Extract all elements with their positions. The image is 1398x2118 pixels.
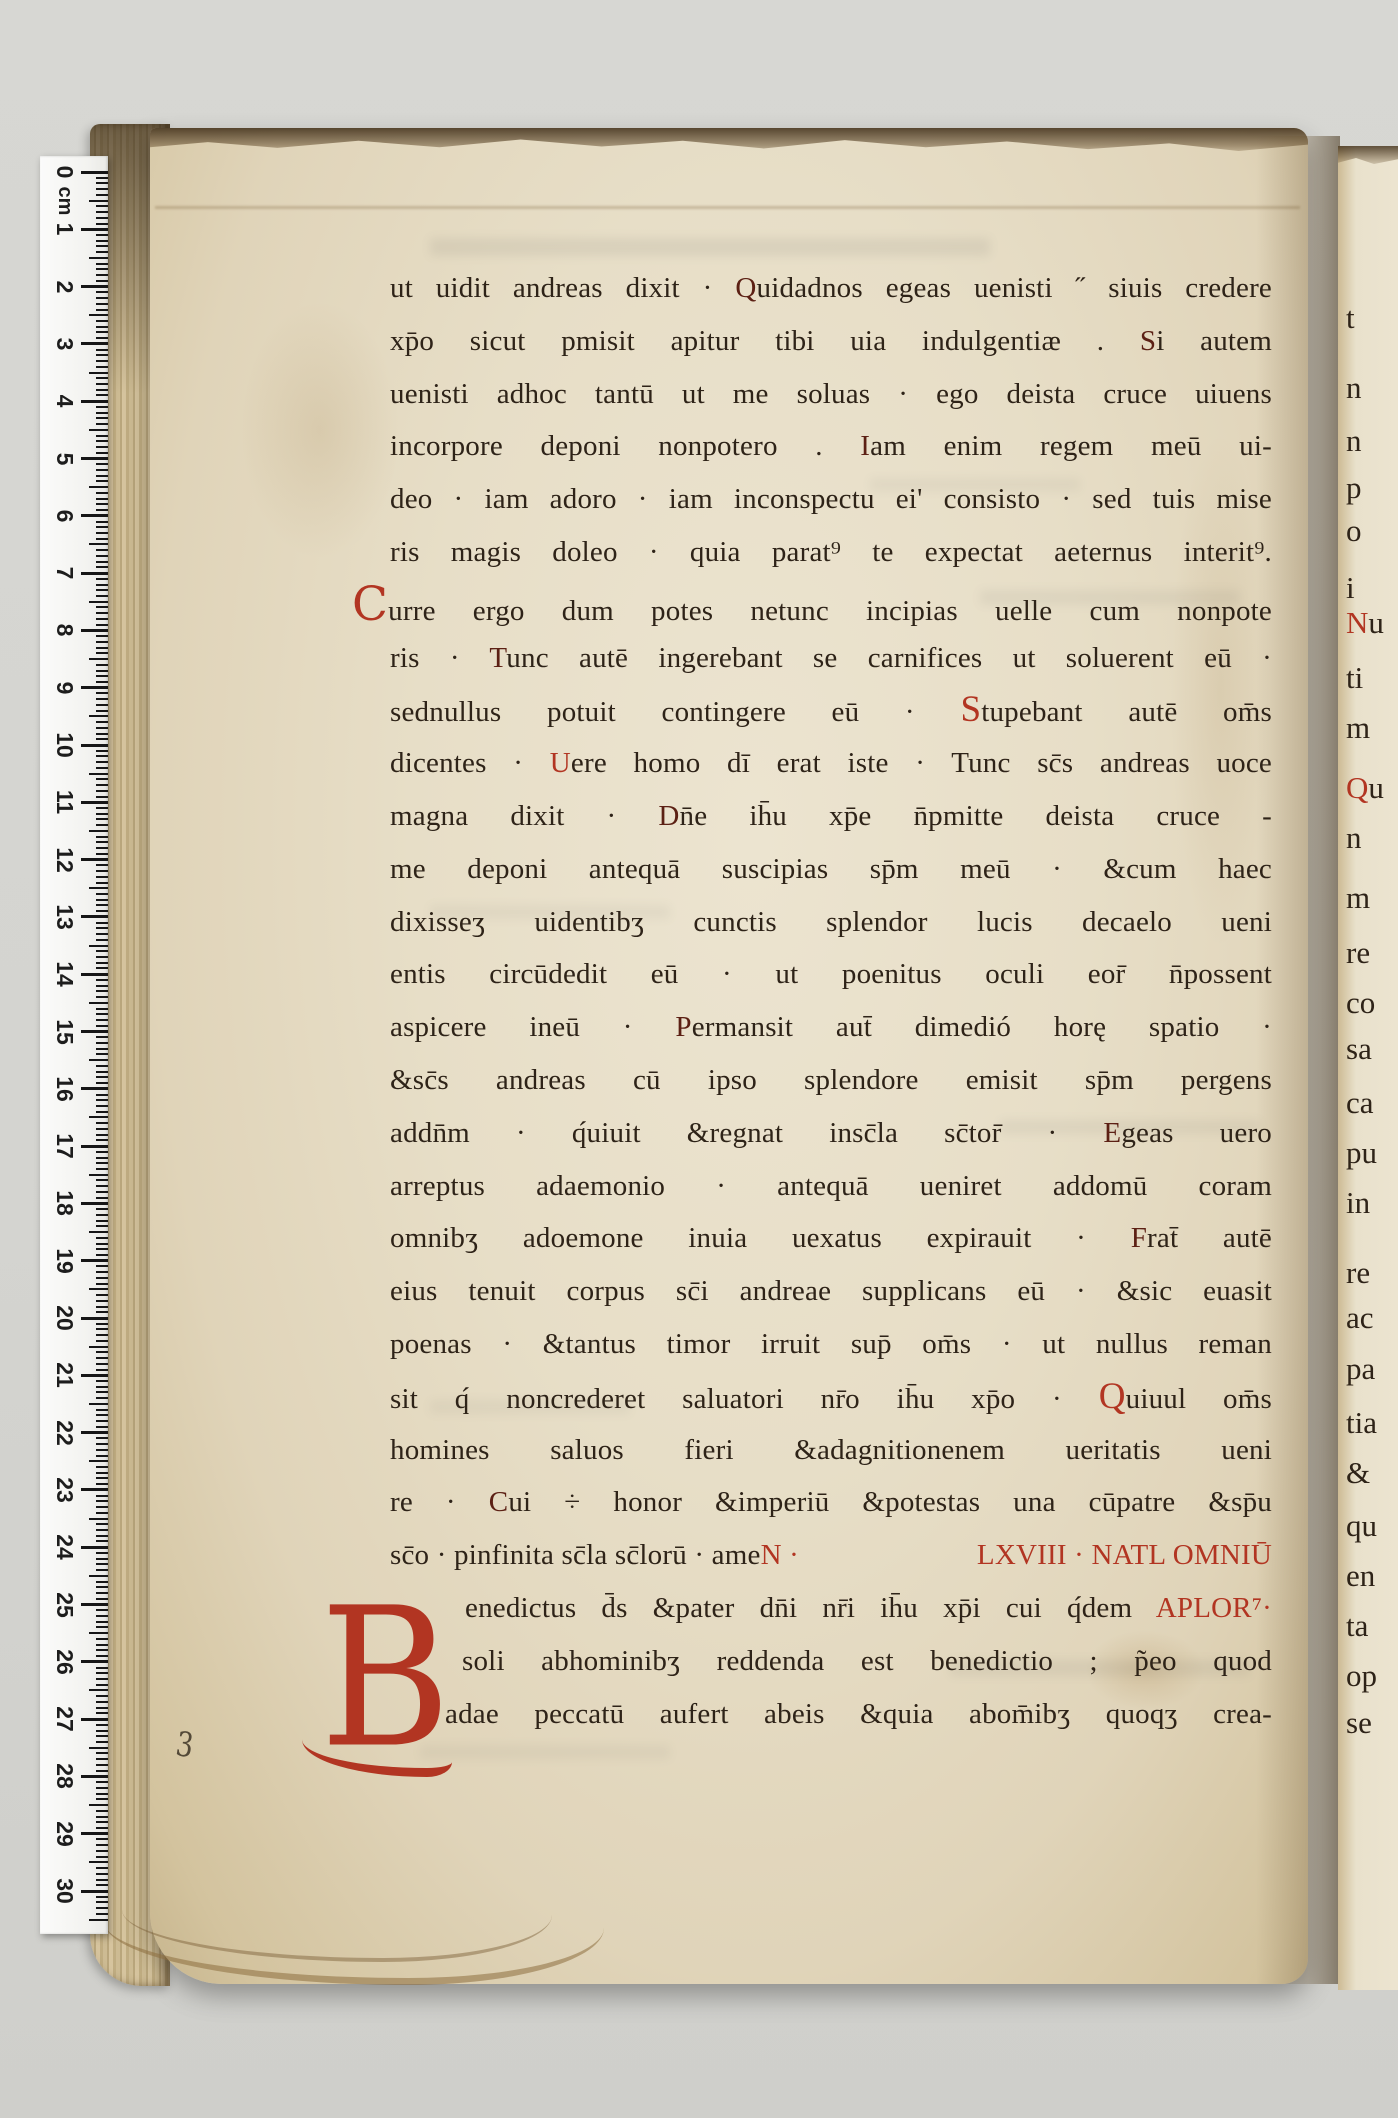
ruler-tick-mm [96, 956, 108, 958]
recto-line-fragment: ta [1346, 1603, 1368, 1649]
ruler-tick-mm [96, 509, 108, 511]
ruler-tick-mm [96, 761, 108, 763]
ruler-tick-mm [96, 1254, 108, 1256]
recto-line-fragment: re [1346, 930, 1370, 976]
body-text: I [860, 430, 870, 462]
ruler-tick-mm [96, 1191, 108, 1193]
ruler-tick-cm [81, 744, 108, 747]
ruler-tick-mm [89, 1288, 108, 1290]
ruler-tick-mm [96, 1798, 108, 1800]
ruler-tick-mm [96, 796, 108, 798]
ruler-tick-mm [96, 188, 108, 190]
body-text: homines saluos fieri &adagnitionenem uer… [390, 1434, 1272, 1466]
recto-line-fragment: re [1346, 1250, 1370, 1296]
recto-line-fragment: Nu [1346, 600, 1384, 646]
recto-line-fragment: pu [1346, 1130, 1377, 1176]
ruler-tick-mm [96, 1741, 108, 1743]
photo-of-manuscript-opening: { "colors":{ "background":"#d4d4d0", "pa… [0, 0, 1398, 2118]
ruler-tick-mm [96, 383, 108, 385]
ruler-tick-mm [89, 200, 108, 202]
ruler-tick-mm [96, 1907, 108, 1909]
ruler-tick-mm [96, 1265, 108, 1267]
ruler-tick-mm [96, 927, 108, 929]
ruler-tick-mm [89, 945, 108, 947]
ruler-tick-mm [96, 1414, 108, 1416]
body-text: C [352, 577, 388, 632]
ruler-tick-mm [96, 589, 108, 591]
body-text: D [658, 800, 679, 832]
body-text: F [1131, 1222, 1147, 1254]
ruler-tick-mm [96, 864, 108, 866]
ruler: 0123456789101112131415161718192021222324… [40, 156, 108, 1934]
ruler-tick-mm [89, 773, 108, 775]
ruler-tick-mm [96, 635, 108, 637]
ruler-tick-mm [96, 1649, 108, 1651]
ruler-tick-mm [96, 234, 108, 236]
ruler-tick-mm [96, 950, 108, 952]
text-line: ris · Tunc autē ingerebant se carnifices… [390, 632, 1272, 685]
ruler-tick-mm [96, 624, 108, 626]
ruler-tick-mm [96, 1781, 108, 1783]
ruler-tick-mm [96, 1357, 108, 1359]
ruler-tick-mm [96, 1598, 108, 1600]
text-line: me deponi antequā suscipias sp̄m meū · &… [390, 843, 1272, 896]
ruler-tick-mm [96, 1237, 108, 1239]
rubric-text: U [550, 747, 571, 779]
body-text: addn̄m · q́uiuit &regnat insc̄la sc̄tor̄… [390, 1117, 1103, 1149]
ruler-tick-cm [81, 342, 108, 345]
ruler-tick-cm [81, 1546, 108, 1549]
body-text: incorpore deponi nonpotero . [390, 430, 860, 462]
ruler-tick-mm [96, 1913, 108, 1915]
body-text: arreptus adaemonio · antequā ueniret add… [390, 1170, 1272, 1202]
ruler-tick-mm [96, 767, 108, 769]
ruler-tick-cm [81, 400, 108, 403]
recto-line-fragment: m [1346, 875, 1370, 921]
body-text: poenas · &tantus timor irruit sup̄ om̄s … [390, 1328, 1272, 1360]
ruler-tick-mm [96, 1867, 108, 1869]
body-text: ut uidit andreas dixit · [390, 272, 735, 304]
ruler-tick-mm [96, 492, 108, 494]
ruler-tick-mm [96, 922, 108, 924]
body-text: sit q́ noncrederet saluatori nr̄o ih̄u x… [390, 1383, 1099, 1415]
ruler-tick-mm [89, 314, 108, 316]
ruler-tick-mm [89, 543, 108, 545]
ruler-tick-mm [96, 1162, 108, 1164]
ruler-tick-mm [96, 704, 108, 706]
ruler-number: 10 [51, 730, 79, 760]
ruler-tick-mm [96, 1477, 108, 1479]
ruler-tick-mm [96, 1844, 108, 1846]
ruler-number: 2 [51, 272, 79, 302]
text-line: sc̄o · pinfinita sc̄la sc̄lorū · ameN ·L… [390, 1529, 1272, 1582]
ruler-tick-mm [96, 681, 108, 683]
ruler-tick-mm [96, 566, 108, 568]
ruler-tick-mm [89, 1346, 108, 1348]
ruler-tick-mm [96, 1523, 108, 1525]
body-text: E [1103, 1117, 1121, 1149]
ruler-tick-mm [96, 1334, 108, 1336]
ruler-number: 17 [51, 1131, 79, 1161]
ruler-tick-mm [96, 1873, 108, 1875]
ruler-tick-mm [96, 475, 108, 477]
ruler-tick-mm [96, 211, 108, 213]
ruler-tick-mm [96, 205, 108, 207]
ruler-tick-mm [96, 303, 108, 305]
rubric-text: LXVIII · NATL OMNIŪ [977, 1529, 1272, 1582]
text-line: enedictus d̄s &pater dn̄i nr̄i ih̄u xp̄i… [465, 1582, 1272, 1635]
ruler-tick-mm [96, 664, 108, 666]
text-line: entis circūdedit eū · ut poenitus oculi … [390, 948, 1272, 1001]
ruler-tick-cm [81, 514, 108, 517]
body-text: adae peccatū aufert abeis &quia abom̄ibʒ… [445, 1698, 1272, 1730]
ruler-tick-mm [96, 217, 108, 219]
ruler-tick-cm [81, 457, 108, 460]
body-text: re · [390, 1486, 489, 1518]
ruler-tick-mm [96, 1076, 108, 1078]
ruler-tick-cm [81, 1202, 108, 1205]
ruler-tick-mm [96, 463, 108, 465]
ruler-tick-mm [96, 606, 108, 608]
text-line: deo · iam adoro · iam inconspectu ei' co… [390, 473, 1272, 526]
ruler-number: 21 [51, 1360, 79, 1390]
ruler-tick-mm [89, 1059, 108, 1061]
ruler-tick-mm [96, 1770, 108, 1772]
ruler-number: 13 [51, 902, 79, 932]
ruler-tick-mm [96, 1082, 108, 1084]
ruler-tick-mm [96, 1340, 108, 1342]
ruler-tick-mm [96, 807, 108, 809]
ruler-tick-mm [96, 452, 108, 454]
body-text: Q [735, 272, 756, 304]
ruler-tick-mm [96, 652, 108, 654]
ruler-tick-mm [96, 240, 108, 242]
recto-line-fragment: in [1346, 1180, 1370, 1226]
ruler-tick-mm [96, 1386, 108, 1388]
text-line: magna dixit · Dn̄e ih̄u xp̄e n̄pmitte de… [390, 790, 1272, 843]
ruler-tick-mm [96, 326, 108, 328]
ruler-tick-mm [96, 1816, 108, 1818]
ruler-tick-mm [96, 1048, 108, 1050]
text-line: ris magis doleo · quia parat⁹ te expecta… [390, 526, 1272, 579]
ruler-tick-mm [96, 480, 108, 482]
ruler-number: 26 [51, 1647, 79, 1677]
ruler-tick-mm [96, 1391, 108, 1393]
ruler-tick-mm [96, 824, 108, 826]
body-text: &sc̄s andreas cū ipso splendore emisit s… [390, 1064, 1272, 1096]
body-text: uenisti adhoc tantū ut me soluas · ego d… [390, 378, 1272, 410]
ruler-tick-mm [96, 561, 108, 563]
body-text: enedictus d̄s &pater dn̄i nr̄i ih̄u xp̄i… [465, 1592, 1156, 1624]
ruler-number: 0 [51, 157, 79, 187]
ruler-tick-mm [89, 1002, 108, 1004]
ruler-tick-mm [96, 1506, 108, 1508]
body-text: dixisseʒ uidentibʒ cunctis splendor luci… [390, 906, 1272, 938]
ruler-tick-mm [89, 486, 108, 488]
ruler-tick-mm [96, 1787, 108, 1789]
ruler-tick-mm [96, 618, 108, 620]
ruler-tick-mm [96, 377, 108, 379]
body-text: me deponi antequā suscipias sp̄m meū · &… [390, 853, 1272, 885]
ruler-tick-cm [81, 1374, 108, 1377]
ruler-number: 30 [51, 1876, 79, 1906]
ruler-tick-mm [96, 1483, 108, 1485]
ruler-tick-mm [89, 1632, 108, 1634]
ruler-number: 20 [51, 1303, 79, 1333]
ruler-tick-mm [96, 498, 108, 500]
ruler-tick-cm [81, 1259, 108, 1262]
ruler-tick-mm [96, 1684, 108, 1686]
ruler-tick-mm [96, 1025, 108, 1027]
ruler-tick-mm [96, 274, 108, 276]
ruler-tick-mm [96, 360, 108, 362]
body-text: am enim regem meū ui- [870, 430, 1272, 462]
body-text: entis circūdedit eū · ut poenitus oculi … [390, 958, 1272, 990]
ruler-tick-mm [96, 394, 108, 396]
ruler-tick-mm [96, 440, 108, 442]
ruler-tick-cm [81, 973, 108, 976]
ruler-tick-mm [96, 1472, 108, 1474]
ruler-tick-mm [96, 979, 108, 981]
ruler-tick-mm [96, 331, 108, 333]
recto-line-fragment: o [1346, 508, 1362, 554]
ruler-tick-mm [96, 755, 108, 757]
ruler-tick-mm [96, 469, 108, 471]
ruler-tick-mm [96, 1500, 108, 1502]
rubric-text: APLOR⁷· [1156, 1592, 1272, 1624]
ruler-tick-mm [96, 1094, 108, 1096]
ruler-tick-mm [96, 578, 108, 580]
ruler-tick-cm [81, 1030, 108, 1033]
ruler-tick-cm [81, 1775, 108, 1778]
recto-line-fragment: ac [1346, 1295, 1374, 1341]
ruler-tick-cm [81, 1832, 108, 1835]
ruler-number: 8 [51, 615, 79, 645]
ruler-tick-mm [96, 1638, 108, 1640]
ruler-number: 22 [51, 1418, 79, 1448]
recto-line-fragment: sa [1346, 1026, 1372, 1072]
ruler-number: 4 [51, 386, 79, 416]
recto-line-fragment: & [1346, 1450, 1370, 1496]
body-text: i autem [1156, 325, 1272, 357]
body-text: dicentes · [390, 747, 550, 779]
ruler-tick-mm [96, 939, 108, 941]
ruler-tick-mm [96, 1558, 108, 1560]
ruler-tick-mm [96, 1758, 108, 1760]
ruler-number: 19 [51, 1246, 79, 1276]
ruler-tick-mm [96, 532, 108, 534]
ruler-tick-mm [96, 417, 108, 419]
text-line: &sc̄s andreas cū ipso splendore emisit s… [390, 1054, 1272, 1107]
ruler-tick-cm [81, 1087, 108, 1090]
ruler-tick-mm [96, 1621, 108, 1623]
ruler-tick-mm [96, 297, 108, 299]
ruler-tick-mm [96, 182, 108, 184]
body-text: ris · [390, 642, 489, 674]
ruler-tick-mm [96, 1838, 108, 1840]
ruler-tick-mm [89, 1460, 108, 1462]
ruler-tick-mm [96, 1409, 108, 1411]
ruler-tick-mm [96, 1512, 108, 1514]
ruler-tick-cm [81, 801, 108, 804]
ruler-tick-mm [96, 1552, 108, 1554]
body-text: xp̄o sicut pmisit apitur tibi uia indulg… [390, 325, 1140, 357]
text-line: uenisti adhoc tantū ut me soluas · ego d… [390, 368, 1272, 421]
ruler-tick-mm [96, 784, 108, 786]
ruler-number: 6 [51, 501, 79, 531]
text-line: homines saluos fieri &adagnitionenem uer… [390, 1424, 1272, 1477]
ruler-tick-mm [96, 194, 108, 196]
ruler-tick-mm [96, 280, 108, 282]
ruler-tick-cm [81, 686, 108, 689]
ruler-tick-mm [96, 882, 108, 884]
recto-line-fragment: n [1346, 365, 1362, 411]
ruler-tick-mm [89, 1116, 108, 1118]
recto-line-fragment: t [1346, 295, 1355, 341]
ruler-tick-mm [96, 555, 108, 557]
ruler-tick-cm [81, 1488, 108, 1491]
body-text: uidadnos egeas uenisti ˝ siuis credere [757, 272, 1272, 304]
ruler-tick-mm [96, 446, 108, 448]
ruler-tick-mm [96, 727, 108, 729]
ruler-tick-cm [81, 171, 108, 174]
ruler-tick-mm [89, 1575, 108, 1577]
ruler-tick-mm [96, 733, 108, 735]
ruler-tick-mm [96, 1397, 108, 1399]
ruler-tick-mm [96, 710, 108, 712]
text-line: sednullus potuit contingere eū · Stupeba… [390, 684, 1272, 737]
text-line: Curre ergo dum potes netunc incipias uel… [352, 579, 1272, 632]
ruler-tick-mm [96, 1019, 108, 1021]
recto-line-fragment: en [1346, 1553, 1375, 1599]
ruler-tick-mm [96, 223, 108, 225]
rubric-text: N [1346, 605, 1368, 640]
recto-line-fragment: Qu [1346, 765, 1384, 811]
ruler-tick-mm [89, 1689, 108, 1691]
ruler-tick-mm [96, 1071, 108, 1073]
ruler-tick-mm [96, 1592, 108, 1594]
ruler-number: 27 [51, 1704, 79, 1734]
ruler-tick-mm [96, 1569, 108, 1571]
ruler-tick-mm [96, 1827, 108, 1829]
ruler-tick-cm [81, 1603, 108, 1606]
ruler-tick-mm [96, 423, 108, 425]
ruler-unit-label: cm [53, 186, 77, 216]
ruler-tick-mm [96, 1678, 108, 1680]
ruler-tick-mm [96, 349, 108, 351]
ruler-tick-mm [96, 263, 108, 265]
ruler-tick-mm [96, 1139, 108, 1141]
recto-line-fragment: ca [1346, 1080, 1374, 1126]
body-text: urre ergo dum potes netunc incipias uell… [388, 595, 1272, 627]
text-line: soli abhominibʒ reddenda est benedictio … [462, 1635, 1272, 1688]
ruler-tick-mm [96, 1896, 108, 1898]
ruler-tick-mm [96, 899, 108, 901]
text-block: ut uidit andreas dixit · Quidadnos egeas… [390, 262, 1272, 1740]
body-text: C [489, 1486, 509, 1518]
ruler-tick-mm [96, 1609, 108, 1611]
ruler-tick-mm [96, 1306, 108, 1308]
ruler-tick-mm [89, 715, 108, 717]
ruler-tick-mm [96, 1529, 108, 1531]
recto-line-fragment: qu [1346, 1503, 1377, 1549]
recto-line-fragment: m [1346, 705, 1370, 751]
ruler-tick-cm [81, 1431, 108, 1434]
ruler-tick-mm [96, 836, 108, 838]
ruler-tick-mm [96, 1151, 108, 1153]
ruler-number: 3 [51, 329, 79, 359]
ruler-tick-mm [96, 1793, 108, 1795]
ruler-number: 7 [51, 558, 79, 588]
ruler-tick-mm [96, 1655, 108, 1657]
ruler-tick-mm [89, 1919, 108, 1921]
ruler-tick-mm [96, 1701, 108, 1703]
recto-line-fragment: ti [1346, 655, 1363, 701]
ruler-tick-mm [96, 1707, 108, 1709]
ruler-tick-mm [96, 996, 108, 998]
ruler-tick-cm [81, 1145, 108, 1148]
ruler-tick-mm [96, 1879, 108, 1881]
ruler-tick-mm [89, 1518, 108, 1520]
ruler-tick-mm [96, 1369, 108, 1371]
text-line: aspicere ineū · Permansit aut̄ dimedió h… [390, 1001, 1272, 1054]
recto-line-fragment: n [1346, 418, 1362, 464]
body-text: n̄e ih̄u xp̄e n̄pmitte deista cruce - [680, 800, 1272, 832]
ruler-tick-mm [96, 1535, 108, 1537]
ruler-tick-mm [89, 1804, 108, 1806]
ruler-tick-mm [96, 1008, 108, 1010]
body-text: ui ÷ honor &imperiū &potestas una cūpatr… [508, 1486, 1272, 1518]
recto-line-fragment: tia [1346, 1400, 1377, 1446]
ruler-tick-cm [81, 228, 108, 231]
parchment-crease [155, 206, 1300, 209]
ruler-tick-mm [96, 1563, 108, 1565]
ruler-tick-mm [96, 1220, 108, 1222]
text-line: xp̄o sicut pmisit apitur tibi uia indulg… [390, 315, 1272, 368]
ruler-tick-mm [96, 1626, 108, 1628]
rubric-text: N · [761, 1529, 799, 1582]
ruler-tick-mm [96, 1351, 108, 1353]
ruler-tick-mm [96, 813, 108, 815]
ruler-tick-mm [96, 1695, 108, 1697]
ruler-number: 28 [51, 1761, 79, 1791]
ruler-tick-mm [96, 818, 108, 820]
ruler-tick-cm [81, 1718, 108, 1721]
ruler-tick-mm [96, 366, 108, 368]
ruler-number: 29 [51, 1819, 79, 1849]
ruler-tick-mm [96, 738, 108, 740]
text-line: ut uidit andreas dixit · Quidadnos egeas… [390, 262, 1272, 315]
body-text: omnibʒ adoemone inuia uexatus expirauit … [390, 1222, 1131, 1254]
ruler-tick-mm [96, 526, 108, 528]
text-line: adae peccatū aufert abeis &quia abom̄ibʒ… [445, 1688, 1272, 1741]
ruler-tick-mm [96, 1455, 108, 1457]
text-line: omnibʒ adoemone inuia uexatus expirauit … [390, 1212, 1272, 1265]
ruler-tick-mm [96, 1730, 108, 1732]
ruler-tick-mm [96, 1856, 108, 1858]
ruler-tick-mm [96, 967, 108, 969]
ruler-tick-mm [96, 1311, 108, 1313]
ruler-tick-mm [96, 595, 108, 597]
ruler-tick-mm [96, 1752, 108, 1754]
ruler-tick-mm [96, 1225, 108, 1227]
recto-line-fragment: pa [1346, 1346, 1375, 1392]
ruler-tick-mm [96, 1197, 108, 1199]
ruler-tick-mm [96, 268, 108, 270]
ruler-tick-mm [96, 612, 108, 614]
ruler-tick-mm [96, 1185, 108, 1187]
ruler-tick-mm [96, 847, 108, 849]
